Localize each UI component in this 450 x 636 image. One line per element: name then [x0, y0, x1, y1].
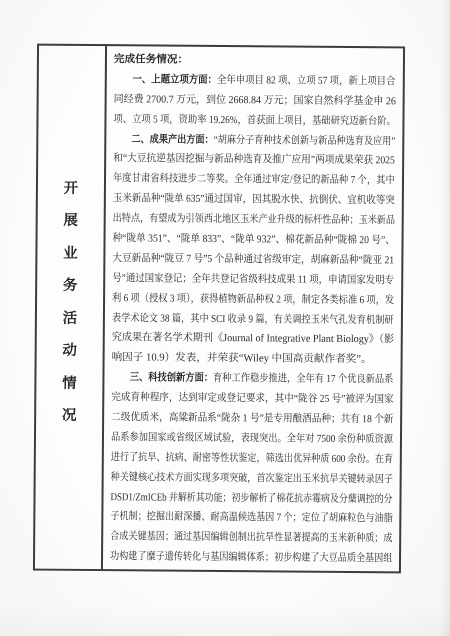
text-line: 二、成果产出方面：“胡麻分子育种技术创新与新品种选育及应用”	[113, 130, 356, 152]
line-text: 响因子 10.9）发表，并荣获“Wiley 中国高贡献作者奖”。	[112, 353, 372, 366]
line-text: 完成育种程序，达到审定或登记要求，其中“陇谷 25 号”被评为国家	[111, 392, 393, 405]
line-text: 育种工作稳步推进，全年有 17 个优良新品系	[213, 373, 393, 385]
line-text: DSD1/ZmICEb 并解析其功能；初步解析了棉花抗赤霉病及分蘖调控的分	[110, 492, 392, 505]
row-header-char: 务	[63, 279, 78, 294]
text-line: 子机制；挖掘出耐深播、耐高温候选基因 7 个；定位了胡麻粒色与油脂	[110, 508, 353, 530]
line-text: “胡麻分子育种技术创新与新品种选育及应用”	[214, 135, 396, 147]
line-text: 品系参加国家或省级区域试验，表现突出。全年对 7500 余份种质资源	[111, 432, 393, 445]
section-heading: 一、上题立项方面：	[132, 74, 217, 86]
row-header-char: 动	[62, 344, 77, 359]
line-text: 子机制；挖掘出耐深播、耐高温候选基因 7 个；定位了胡麻粒色与油脂	[110, 512, 392, 525]
line-text: 进行了抗旱、抗病、耐密等性状鉴定，筛选出优异种质 600 余份。在育	[111, 452, 393, 465]
scanned-page: 开展业务活动情况 完成任务情况：一、上题立项方面：全年申项目 82 项、立项 5…	[0, 0, 450, 636]
line-text: 究成果在著名学术期刊《Journal of Integrative Plant …	[112, 333, 394, 346]
row-header-char: 业	[63, 246, 78, 261]
text-line: 究成果在著名学术期刊《Journal of Integrative Plant …	[112, 329, 382, 351]
row-header-char: 开	[64, 181, 79, 196]
text-line: 出特点，有望成为引领西北地区玉米产业升级的标杆性品种；玉米新品	[113, 209, 356, 231]
line-text: 合成关键基因；通过基因编辑创制出抗旱性显著提高的玉米新种质；成	[110, 532, 392, 545]
line-text: 利 6 项（授权 3 项），获得植物新品种权 2 项，制定各类标准 6 项，发	[112, 293, 394, 306]
activity-report-text: 完成任务情况：一、上题立项方面：全年申项目 82 项、立项 57 项，新上项目合…	[103, 46, 403, 571]
text-line: 进行了抗旱、抗病、耐密等性状鉴定，筛选出优异种质 600 余份。在育	[111, 448, 354, 470]
line-text: 二级优质米，高粱新品系“陇杂 1 号”是专用酿酒品种；共有 18 个新	[111, 412, 393, 425]
line-text: 年度甘肃省科技进步二等奖。全年通过审定/登记的新品种 7 个，其中	[113, 174, 395, 187]
line-text: 全年申项目 82 项、立项 57 项，新上项目合	[217, 75, 396, 87]
row-header-char: 展	[63, 214, 78, 229]
line-text: 功构建了糜子遗传转化与基因编辑体系；初步构建了大豆品质全基因组	[110, 551, 392, 564]
text-line: 种关键核心技术方面实现多项突破，首次鉴定出玉米抗旱关键转录因子	[111, 468, 354, 490]
text-line: 品系参加国家或省级区域试验，表现突出。全年对 7500 余份种质资源	[111, 428, 357, 450]
section-heading: 二、成果产出方面：	[131, 134, 213, 146]
text-line: 号”通过国家登记；全年共登记省级科技成果 11 项，申请国家发明专	[112, 269, 363, 291]
activity-table: 开展业务活动情况 完成任务情况：一、上题立项方面：全年申项目 82 项、立项 5…	[33, 44, 405, 574]
text-line: 大豆新品种“陇豆 7 号”5 个品种通过省级审定，胡麻新品种“陇亚 21	[112, 249, 368, 271]
text-line: 利 6 项（授权 3 项），获得植物新品种权 2 项，制定各类标准 6 项，发	[112, 289, 358, 311]
line-text: 表学术论文 38 篇，其中 SCI 收录 9 篇，有关调控玉米气孔发育机制研	[112, 313, 394, 326]
line-text: 号”通过国家登记；全年共登记省级科技成果 11 项，申请国家发明专	[112, 273, 394, 286]
row-header-vertical-title: 开展业务活动情况	[35, 46, 107, 570]
text-line: 表学术论文 38 篇，其中 SCI 收录 9 篇，有关调控玉米气孔发育机制研	[112, 309, 358, 331]
section-heading: 完成任务情况：	[114, 54, 188, 66]
row-header-char: 情	[62, 376, 77, 391]
text-line: 年度甘肃省科技进步二等奖。全年通过审定/登记的新品种 7 个，其中	[113, 170, 361, 192]
text-line: 一、上题立项方面：全年申项目 82 项、立项 57 项，新上项目合	[114, 70, 364, 92]
line-text: 大豆新品种“陇豆 7 号”5 个品种通过省级审定，胡麻新品种“陇亚 21	[112, 253, 394, 266]
text-line: 完成育种程序，达到审定或登记要求，其中“陇谷 25 号”被评为国家	[111, 388, 367, 410]
section-heading: 三、科技创新方面：	[130, 373, 213, 385]
text-line: 玉米新品种“陇单 635”通过国审，因其脱水快、抗倒伏、宜机收等突	[113, 189, 366, 211]
line-text: 项、立项 5 项，资助率 19.26%，首获面上项目，基础研究迈新台阶。	[113, 114, 395, 127]
text-line: 项、立项 5 项，资助率 19.26%，首获面上项目，基础研究迈新台阶。	[113, 110, 361, 132]
row-header-char: 活	[63, 311, 78, 326]
text-line: 和“大豆抗逆基因挖掘与新品种选育及推广应用”两项成果荣获 2025	[113, 150, 371, 172]
text-line: 种“陇单 351”、“陇单 833”、“陇单 932”、棉花新品种“陇棉 20 …	[112, 229, 369, 251]
line-text: 种“陇单 351”、“陇单 833”、“陇单 932”、棉花新品种“陇棉 20 …	[113, 233, 395, 246]
text-line: 同经费 2700.7 万元，到位 2668.84 万元；国家自然科学基金申 26	[114, 90, 380, 112]
line-text: 出特点，有望成为引领西北地区玉米产业升级的标杆性品种；玉米新品	[113, 213, 395, 226]
row-header-char: 况	[62, 409, 77, 424]
line-text: 玉米新品种“陇单 635”通过国审，因其脱水快、抗倒伏、宜机收等突	[113, 193, 395, 206]
line-text: 同经费 2700.7 万元，到位 2668.84 万元；国家自然科学基金申 26	[114, 94, 396, 107]
line-text: 和“大豆抗逆基因挖掘与新品种选育及推广应用”两项成果荣获 2025	[113, 154, 395, 167]
line-text: 种关键核心技术方面实现多项突破，首次鉴定出玉米抗旱关键转录因子	[111, 472, 393, 485]
text-line: 三、科技创新方面：育种工作稳步推进，全年有 17 个优良新品系	[111, 368, 357, 390]
text-line: 完成任务情况：	[114, 50, 396, 72]
text-line: DSD1/ZmICEb 并解析其功能；初步解析了棉花抗赤霉病及分蘖调控的分	[110, 488, 348, 510]
text-line: 二级优质米，高粱新品系“陇杂 1 号”是专用酿酒品种；共有 18 个新	[111, 408, 367, 430]
text-line: 合成关键基因；通过基因编辑创制出抗旱性显著提高的玉米新种质；成	[110, 528, 353, 550]
text-line: 响因子 10.9）发表，并荣获“Wiley 中国高贡献作者奖”。	[112, 349, 394, 371]
text-line: 功构建了糜子遗传转化与基因编辑体系；初步构建了大豆品质全基因组	[110, 547, 353, 569]
